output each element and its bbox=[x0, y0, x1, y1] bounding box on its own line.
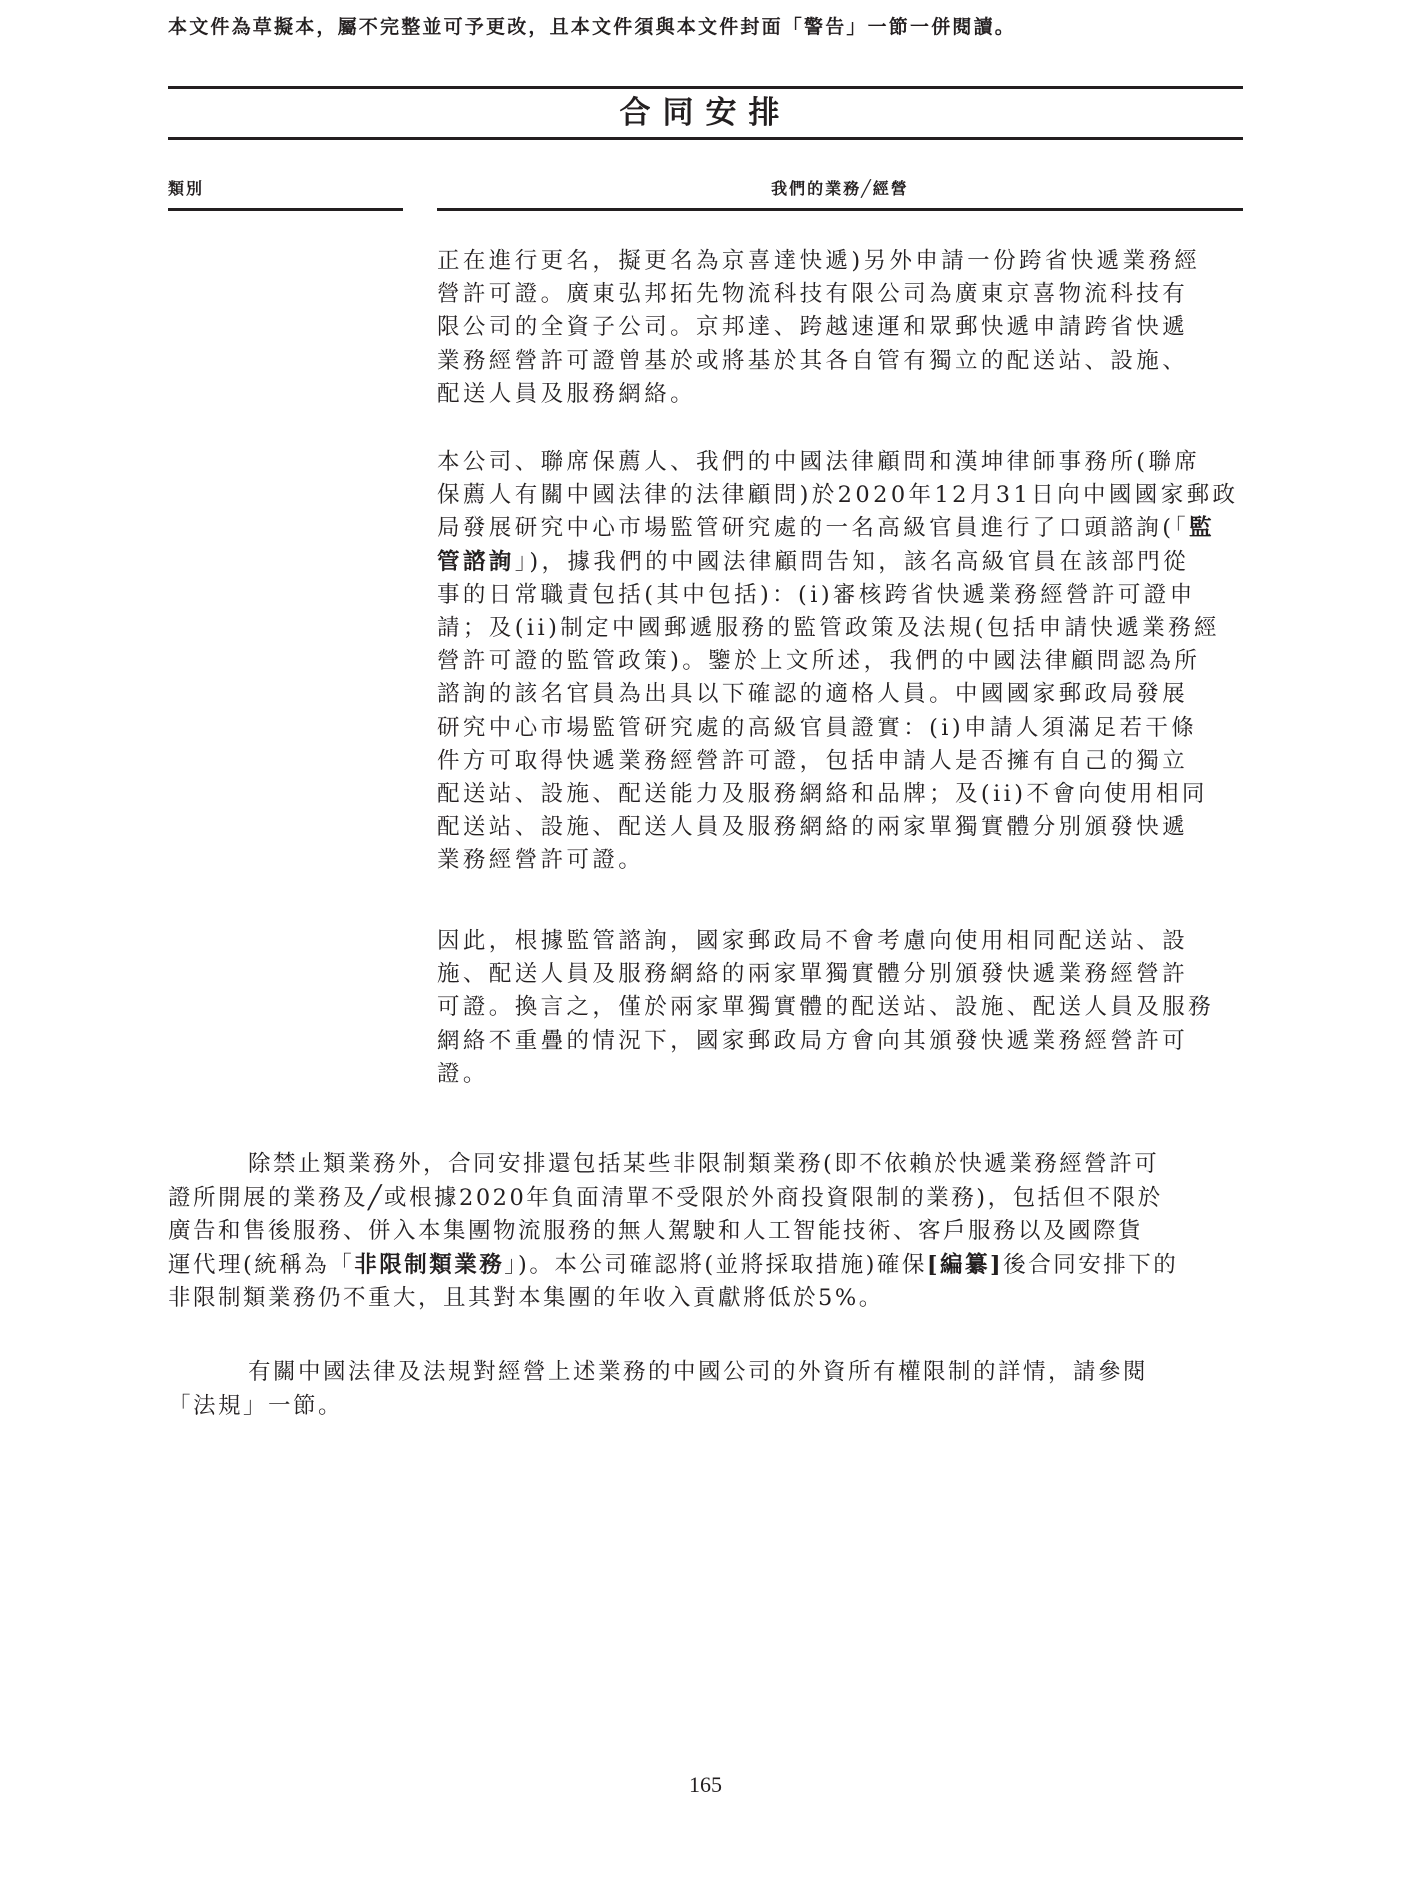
paragraph-non-restricted-business: 除禁止類業務外，合同安排還包括某些非限制類業務(即不依賴於快遞業務經營許可 證所… bbox=[168, 1148, 1243, 1316]
text-line: 本公司、聯席保薦人、我們的中國法律顧問和漢坤律師事務所(聯席 bbox=[437, 446, 1243, 479]
text-line: 研究中心市場監管研究處的高級官員證實：(i)申請人須滿足若干條 bbox=[437, 712, 1243, 745]
draft-disclaimer: 本文件為草擬本，屬不完整並可予更改，且本文件須與本文件封面「警告」一節一併閱讀。 bbox=[168, 14, 1248, 40]
paragraph-regulations-reference: 有關中國法律及法規對經營上述業務的中國公司的外資所有權限制的詳情，請參閱 「法規… bbox=[168, 1356, 1243, 1423]
text-line: 施、配送人員及服務網絡的兩家單獨實體分別頒發快遞業務經營許 bbox=[437, 958, 1243, 991]
text-line: 營許可證的監管政策)。鑒於上文所述，我們的中國法律顧問認為所 bbox=[437, 645, 1243, 678]
title-top-rule bbox=[168, 86, 1243, 89]
text-segment: 運代理(統稱為「 bbox=[168, 1252, 354, 1278]
text-line: 除禁止類業務外，合同安排還包括某些非限制類業務(即不依賴於快遞業務經營許可 bbox=[168, 1148, 1243, 1182]
text-line: 保薦人有關中國法律的法律顧問)於2020年12月31日向中國國家郵政 bbox=[437, 479, 1243, 512]
text-line: 證。 bbox=[437, 1058, 1243, 1091]
text-line: 運代理(統稱為「非限制類業務」)。本公司確認將(並將採取措施)確保[編纂]後合同… bbox=[168, 1249, 1243, 1283]
text-segment: 後合同安排下的 bbox=[1003, 1252, 1178, 1278]
text-line: 有關中國法律及法規對經營上述業務的中國公司的外資所有權限制的詳情，請參閱 bbox=[168, 1356, 1243, 1390]
text-line: 諮詢的該名官員為出具以下確認的適格人員。中國國家郵政局發展 bbox=[437, 678, 1243, 711]
column-left-rule bbox=[168, 208, 403, 211]
text-line: 件方可取得快遞業務經營許可證，包括申請人是否擁有自己的獨立 bbox=[437, 745, 1243, 778]
text-segment: 」)，據我們的中國法律顧問告知，該名高級官員在該部門從 bbox=[515, 549, 1189, 575]
defined-term: 監 bbox=[1189, 515, 1215, 541]
text-line: 因此，根據監管諮詢，國家郵政局不會考慮向使用相同配送站、設 bbox=[437, 925, 1243, 958]
text-line: 限公司的全資子公司。京邦達、跨越速運和眾郵快遞申請跨省快遞 bbox=[437, 311, 1243, 344]
text-line: 請；及(ii)制定中國郵遞服務的監管政策及法規(包括申請快遞業務經 bbox=[437, 612, 1243, 645]
text-line: 「法規」一節。 bbox=[168, 1390, 1243, 1424]
text-line: 營許可證。廣東弘邦拓先物流科技有限公司為廣東京喜物流科技有 bbox=[437, 278, 1243, 311]
text-line: 局發展研究中心市場監管研究處的一名高級官員進行了口頭諮詢(「監 bbox=[437, 512, 1243, 545]
text-line: 正在進行更名，擬更名為京喜達快遞)另外申請一份跨省快遞業務經 bbox=[437, 245, 1243, 278]
text-line: 配送人員及服務網絡。 bbox=[437, 378, 1243, 411]
defined-term: 管諮詢 bbox=[437, 549, 515, 575]
paragraph-consultation-conclusion: 因此，根據監管諮詢，國家郵政局不會考慮向使用相同配送站、設 施、配送人員及服務網… bbox=[437, 925, 1243, 1091]
title-bottom-rule bbox=[168, 137, 1243, 140]
text-segment: 局發展研究中心市場監管研究處的一名高級官員進行了口頭諮詢(「 bbox=[437, 515, 1189, 541]
text-line: 可證。換言之，僅於兩家單獨實體的配送站、設施、配送人員及服務 bbox=[437, 991, 1243, 1024]
defined-term: 非限制類業務 bbox=[354, 1252, 504, 1278]
section-title: 合同安排 bbox=[168, 93, 1243, 133]
column-header-category: 類別 bbox=[168, 178, 204, 200]
text-line: 管諮詢」)，據我們的中國法律顧問告知，該名高級官員在該部門從 bbox=[437, 546, 1243, 579]
text-line: 業務經營許可證曾基於或將基於其各自管有獨立的配送站、設施、 bbox=[437, 345, 1243, 378]
text-line: 配送站、設施、配送人員及服務網絡的兩家單獨實體分別頒發快遞 bbox=[437, 811, 1243, 844]
column-header-business: 我們的業務╱經營 bbox=[437, 178, 1243, 200]
paragraph-regulatory-consultation: 本公司、聯席保薦人、我們的中國法律顧問和漢坤律師事務所(聯席 保薦人有關中國法律… bbox=[437, 446, 1243, 878]
text-line: 網絡不重疊的情況下，國家郵政局方會向其頒發快遞業務經營許可 bbox=[437, 1025, 1243, 1058]
text-segment: 」)。本公司確認將(並將採取措施)確保 bbox=[504, 1252, 927, 1278]
text-line: 配送站、設施、配送能力及服務網絡和品牌；及(ii)不會向使用相同 bbox=[437, 778, 1243, 811]
text-line: 非限制類業務仍不重大，且其對本集團的年收入貢獻將低於5%。 bbox=[168, 1282, 1243, 1316]
paragraph-license-applications: 正在進行更名，擬更名為京喜達快遞)另外申請一份跨省快遞業務經 營許可證。廣東弘邦… bbox=[437, 245, 1243, 411]
page-number: 165 bbox=[0, 1772, 1411, 1798]
text-line: 事的日常職責包括(其中包括)：(i)審核跨省快遞業務經營許可證申 bbox=[437, 579, 1243, 612]
text-line: 證所開展的業務及╱或根據2020年負面清單不受限於外商投資限制的業務)，包括但不… bbox=[168, 1182, 1243, 1216]
column-right-rule bbox=[437, 208, 1243, 211]
redacted-placeholder: [編纂] bbox=[927, 1252, 1003, 1278]
text-line: 廣告和售後服務、併入本集團物流服務的無人駕駛和人工智能技術、客戶服務以及國際貨 bbox=[168, 1215, 1243, 1249]
text-line: 業務經營許可證。 bbox=[437, 844, 1243, 877]
